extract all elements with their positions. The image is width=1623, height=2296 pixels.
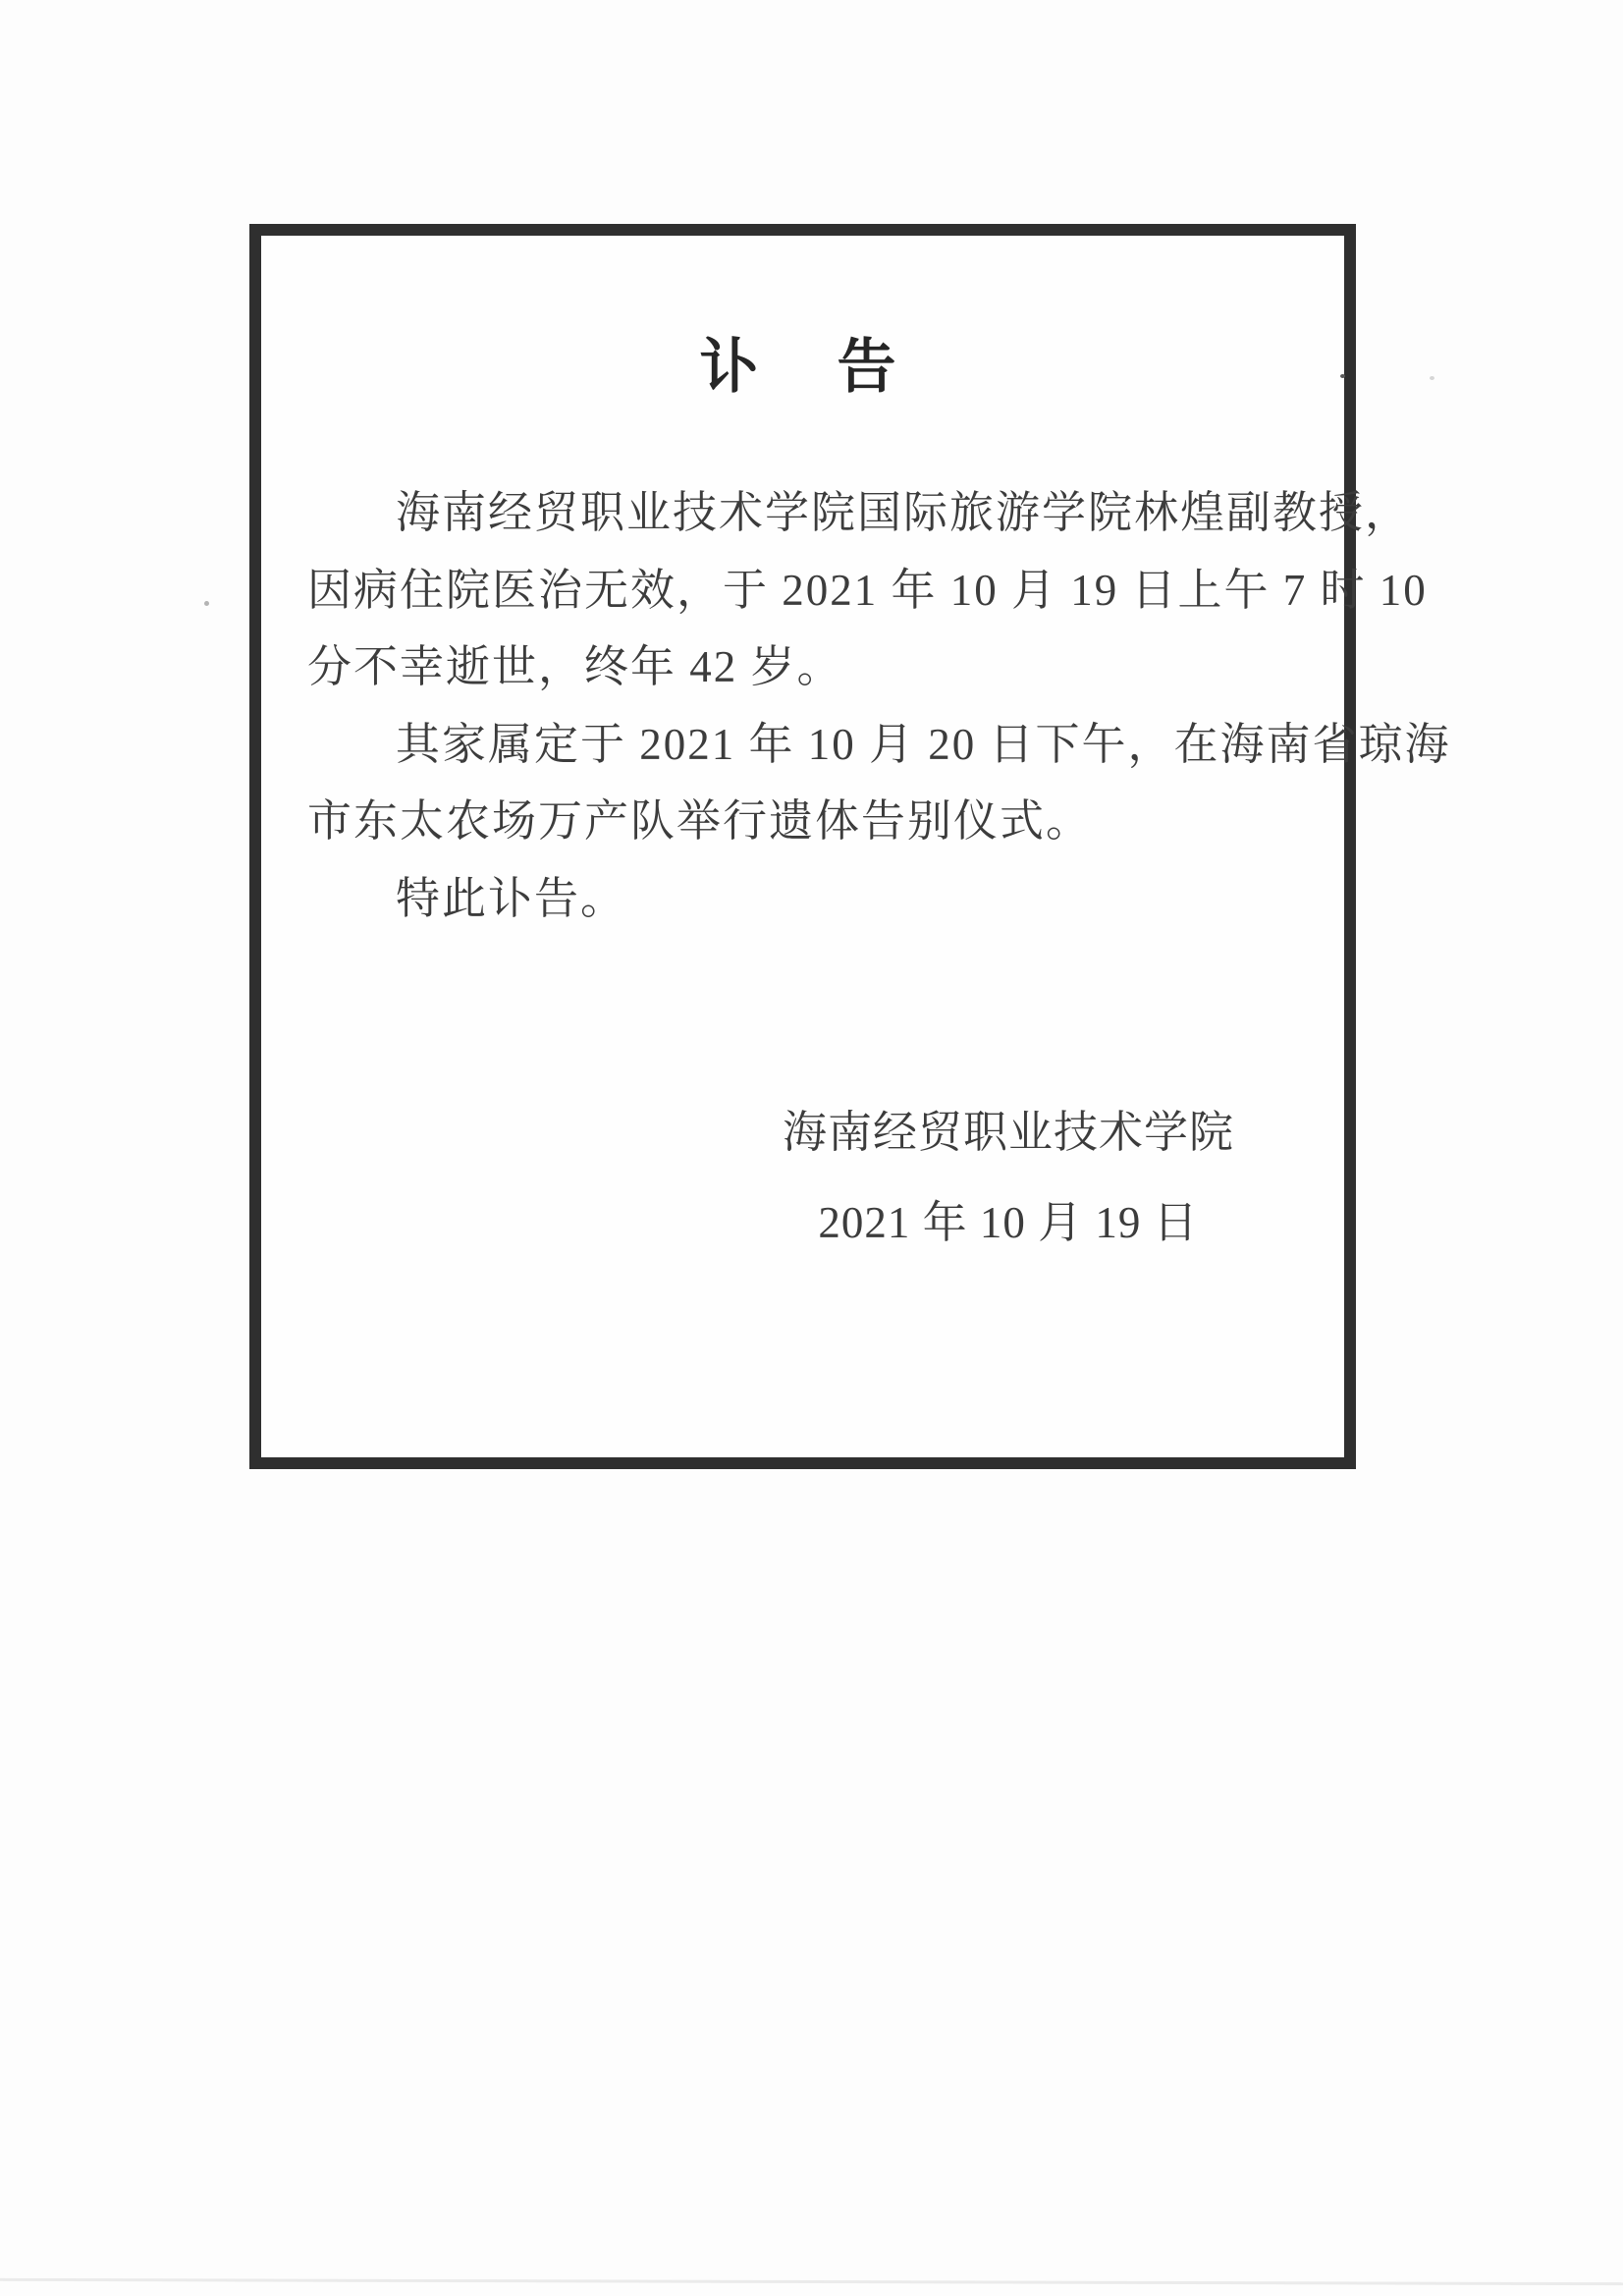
notice-line: 因病住院医治无效，于 2021 年 10 月 19 日上午 7 时 10	[307, 552, 1309, 629]
notice-title: 讣 告	[261, 320, 1344, 405]
scan-edge-artifact	[0, 2278, 1623, 2285]
notice-line: 分不幸逝世，终年 42 岁。	[307, 629, 1309, 706]
scan-speck	[1340, 374, 1345, 378]
scan-speck	[204, 601, 209, 606]
notice-line: 其家属定于 2021 年 10 月 20 日下午，在海南省琼海	[307, 706, 1309, 784]
notice-border-frame: 讣 告 海南经贸职业技术学院国际旅游学院林煌副教授， 因病住院医治无效，于 20…	[249, 224, 1356, 1469]
scanned-page: 讣 告 海南经贸职业技术学院国际旅游学院林煌副教授， 因病住院医治无效，于 20…	[0, 0, 1623, 2296]
notice-line: 特此讣告。	[307, 860, 1309, 938]
scan-speck	[1430, 376, 1434, 380]
signature-block: 海南经贸职业技术学院 2021 年 10 月 19 日	[783, 1087, 1234, 1268]
signature-org: 海南经贸职业技术学院	[783, 1087, 1234, 1177]
notice-body: 海南经贸职业技术学院国际旅游学院林煌副教授， 因病住院医治无效，于 2021 年…	[307, 474, 1309, 937]
notice-line: 市东太农场万产队举行遗体告别仪式。	[307, 783, 1309, 860]
notice-line: 海南经贸职业技术学院国际旅游学院林煌副教授，	[307, 474, 1309, 552]
signature-date: 2021 年 10 月 19 日	[783, 1177, 1234, 1268]
